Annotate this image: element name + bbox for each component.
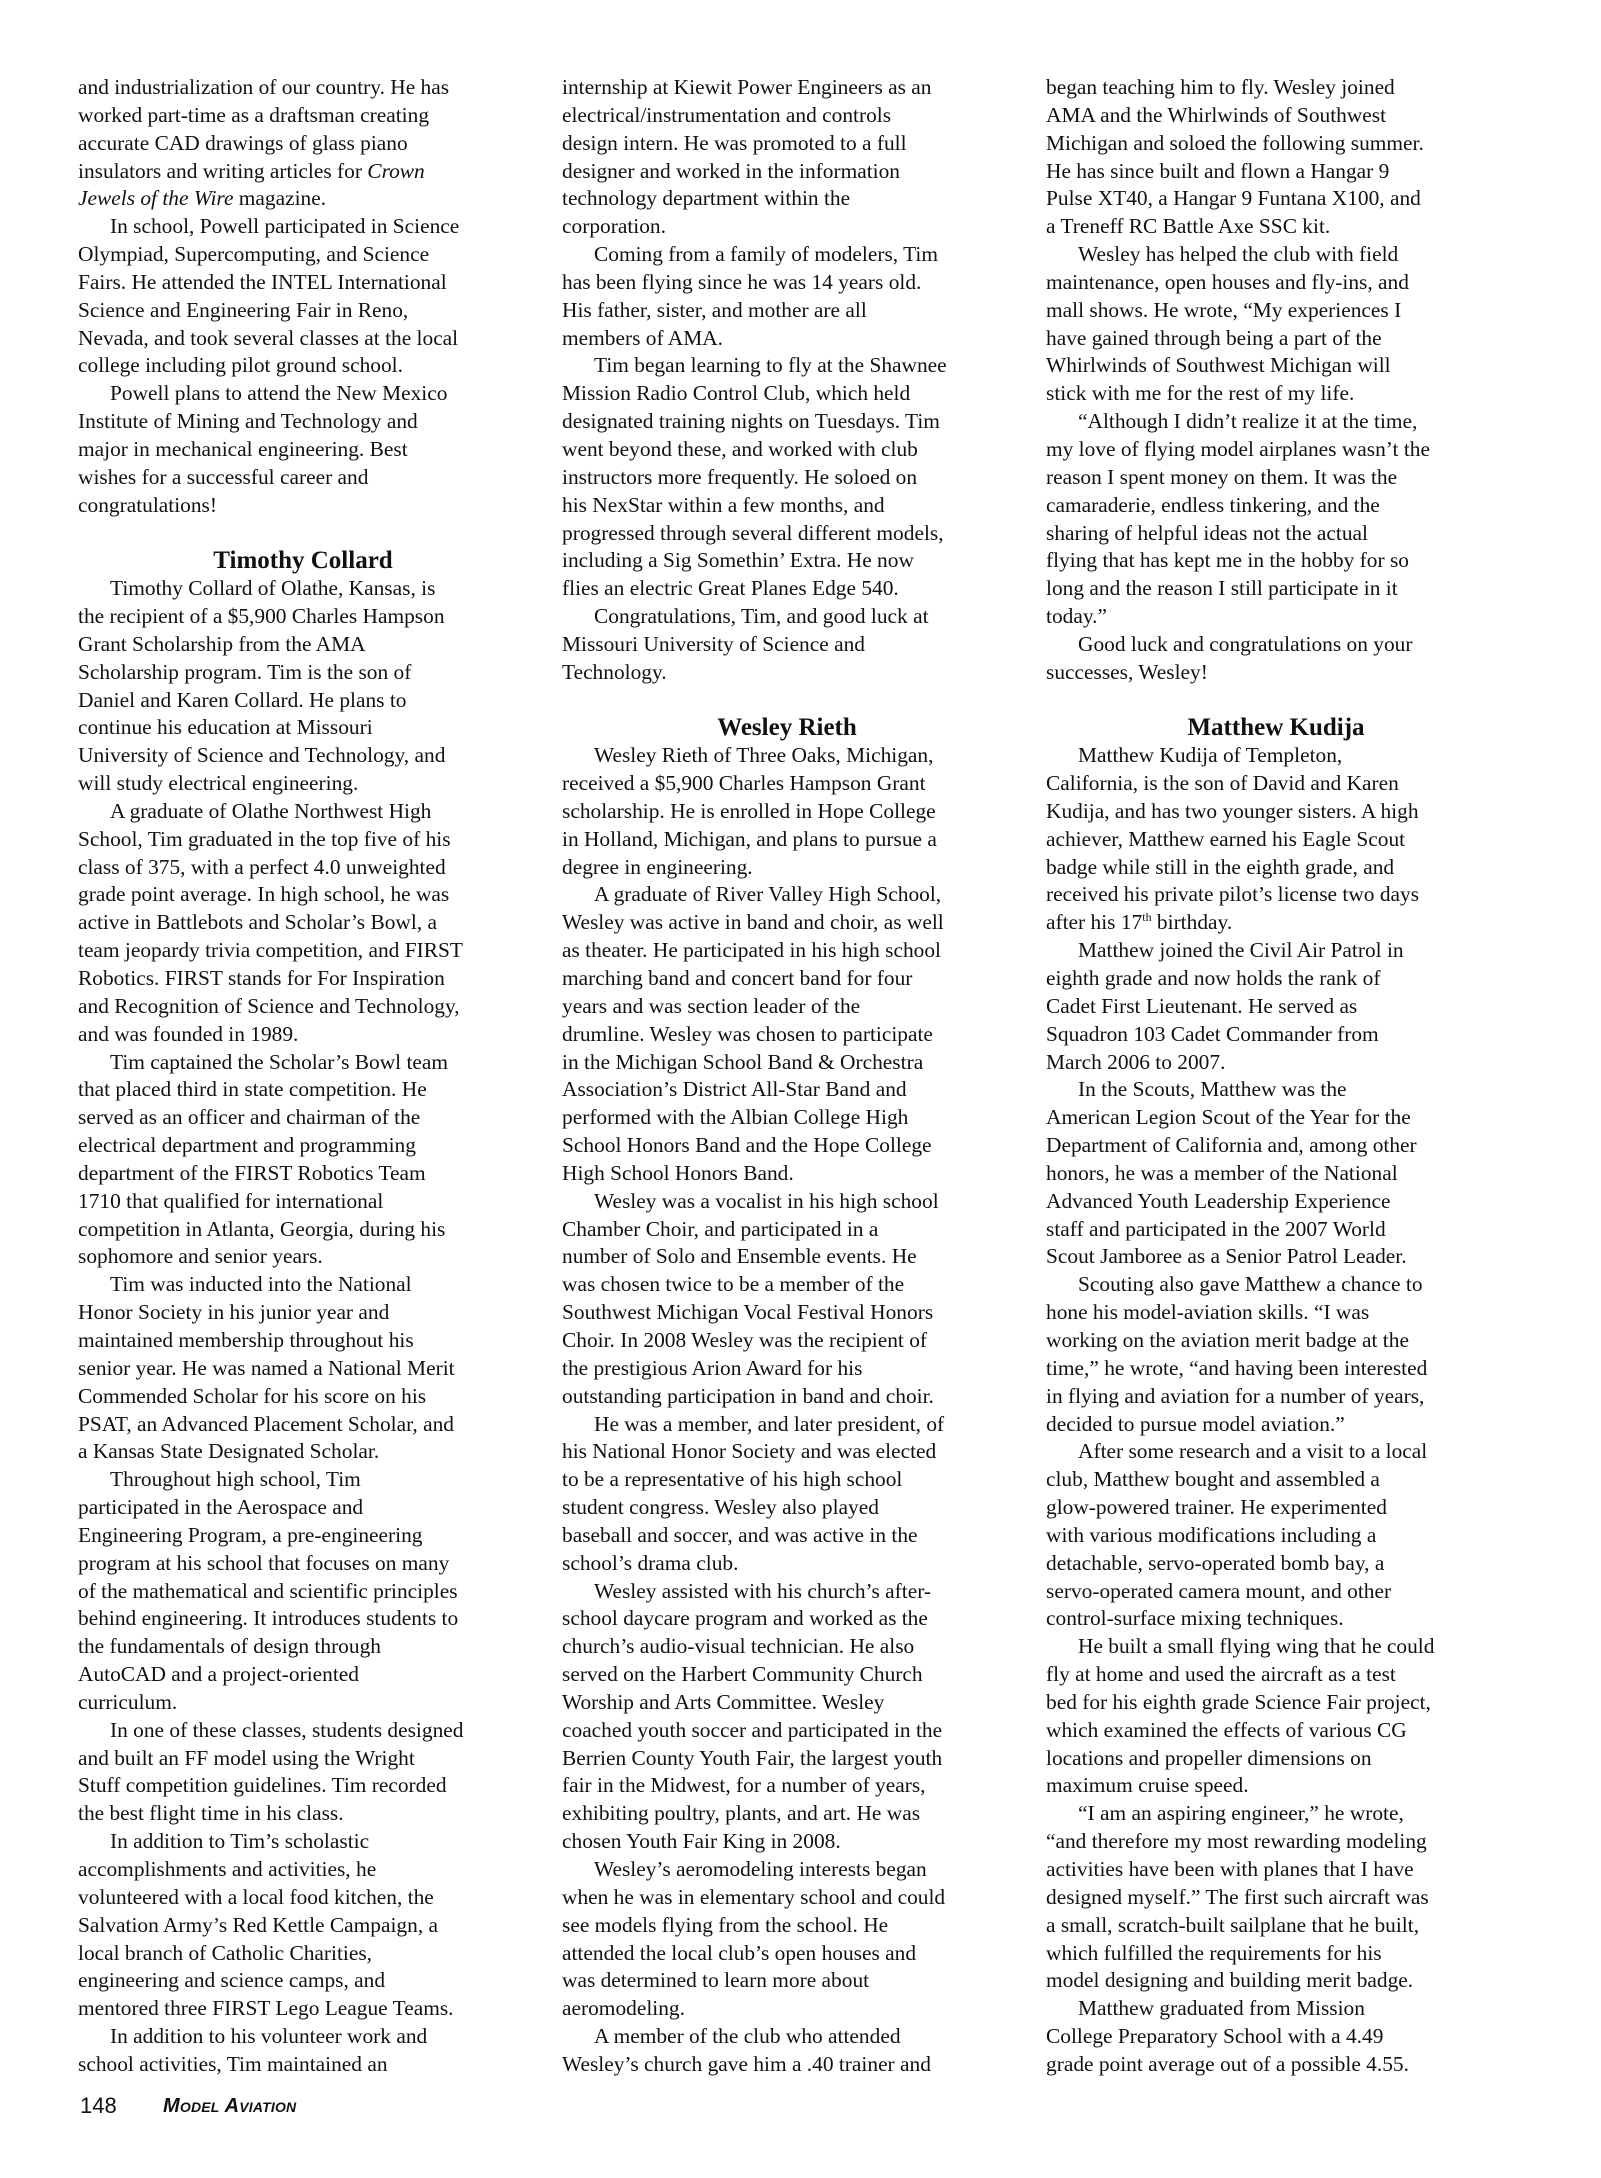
text-line: accomplishments and activities, he [78,1856,528,1884]
text-line: In one of these classes, students design… [78,1717,528,1745]
text-line: A graduate of River Valley High School, [562,881,1012,909]
line-text: design intern. He was promoted to a full [562,131,907,155]
line-text: eighth grade and now holds the rank of [1046,966,1380,990]
text-line: of the mathematical and scientific princ… [78,1578,528,1606]
line-text: “I am an aspiring engineer,” he wrote, [1078,1801,1404,1825]
text-line: club, Matthew bought and assembled a [1046,1466,1506,1494]
line-text: Wesley has helped the club with field [1078,242,1398,266]
text-line: active in Battlebots and Scholar’s Bowl,… [78,909,528,937]
line-text: magazine. [233,186,326,210]
line-text: major in mechanical engineering. Best [78,437,408,461]
line-text: “and therefore my most rewarding modelin… [1046,1829,1427,1853]
text-line: received his private pilot’s license two… [1046,881,1506,909]
text-line: grade point average. In high school, he … [78,881,528,909]
line-text: continue his education at Missouri [78,715,373,739]
line-text: Wesley Rieth [717,714,857,741]
text-line: successes, Wesley! [1046,659,1506,687]
line-text: behind engineering. It introduces studen… [78,1606,458,1630]
text-line: Congratulations, Tim, and good luck at [562,603,1012,631]
text-line: Advanced Youth Leadership Experience [1046,1188,1506,1216]
line-text: the prestigious Arion Award for his [562,1356,862,1380]
line-text: progressed through several different mod… [562,521,944,545]
spacer [562,687,1012,715]
text-line: designated training nights on Tuesdays. … [562,408,1012,436]
line-text: began teaching him to fly. Wesley joined [1046,75,1395,99]
text-line: glow-powered trainer. He experimented [1046,1494,1506,1522]
text-line: Science and Engineering Fair in Reno, [78,297,528,325]
text-line: college including pilot ground school. [78,352,528,380]
text-line: Tim was inducted into the National [78,1271,528,1299]
magazine-page: and industrialization of our country. He… [0,0,1601,2178]
line-text: AMA and the Whirlwinds of Southwest [1046,103,1386,127]
line-text: Timothy Collard [213,547,392,574]
line-text: today.” [1046,604,1107,628]
line-text: servo-operated camera mount, and other [1046,1579,1391,1603]
text-line: began teaching him to fly. Wesley joined [1046,74,1506,102]
line-text: control-surface mixing techniques. [1046,1606,1344,1630]
text-line: Wesley assisted with his church’s after- [562,1578,1012,1606]
text-line: Jewels of the Wire magazine. [78,185,528,213]
line-text: Chamber Choir, and participated in a [562,1217,878,1241]
line-text: see models flying from the school. He [562,1913,888,1937]
text-line: After some research and a visit to a loc… [1046,1438,1506,1466]
text-line: years and was section leader of the [562,993,1012,1021]
text-line: “and therefore my most rewarding modelin… [1046,1828,1506,1856]
text-line: sophomore and senior years. [78,1243,528,1271]
section-heading: Matthew Kudija [1046,714,1506,742]
line-text: the best flight time in his class. [78,1801,344,1825]
text-line: that placed third in state competition. … [78,1076,528,1104]
text-line: performed with the Albian College High [562,1104,1012,1132]
text-line: achiever, Matthew earned his Eagle Scout [1046,826,1506,854]
line-text: Engineering Program, a pre-engineering [78,1523,423,1547]
line-text: In addition to Tim’s scholastic [110,1829,369,1853]
line-text: He has since built and flown a Hangar 9 [1046,159,1389,183]
text-line: the recipient of a $5,900 Charles Hampso… [78,603,528,631]
line-text: and Recognition of Science and Technolog… [78,994,460,1018]
text-line: He has since built and flown a Hangar 9 [1046,158,1506,186]
text-line: AutoCAD and a project-oriented [78,1661,528,1689]
text-line: bed for his eighth grade Science Fair pr… [1046,1689,1506,1717]
line-text: “Although I didn’t realize it at the tim… [1078,409,1417,433]
line-text: and built an FF model using the Wright [78,1746,415,1770]
text-line: Engineering Program, a pre-engineering [78,1522,528,1550]
line-text: instructors more frequently. He soloed o… [562,465,917,489]
text-line: servo-operated camera mount, and other [1046,1578,1506,1606]
line-text: bed for his eighth grade Science Fair pr… [1046,1690,1431,1714]
text-line: March 2006 to 2007. [1046,1049,1506,1077]
spacer [1046,687,1506,715]
text-line: “I am an aspiring engineer,” he wrote, [1046,1800,1506,1828]
text-line: High School Honors Band. [562,1160,1012,1188]
text-line: insulators and writing articles for Crow… [78,158,528,186]
line-text: successes, Wesley! [1046,660,1208,684]
line-text: maximum cruise speed. [1046,1773,1249,1797]
line-text: PSAT, an Advanced Placement Scholar, and [78,1412,454,1436]
line-text: years and was section leader of the [562,994,860,1018]
line-text: the fundamentals of design through [78,1634,381,1658]
text-line: was determined to learn more about [562,1967,1012,1995]
article-column-3: began teaching him to fly. Wesley joined… [1046,74,1506,2079]
text-line: designer and worked in the information [562,158,1012,186]
line-text: model designing and building merit badge… [1046,1968,1413,1992]
line-text: Nevada, and took several classes at the … [78,326,458,350]
line-text: Scouting also gave Matthew a chance to [1078,1272,1423,1296]
article-column-1: and industrialization of our country. He… [78,74,528,2079]
line-text: corporation. [562,214,666,238]
text-line: Scholarship program. Tim is the son of [78,659,528,687]
line-text: exhibiting poultry, plants, and art. He … [562,1801,920,1825]
line-text: mall shows. He wrote, “My experiences I [1046,298,1401,322]
line-text: Robotics. FIRST stands for For Inspirati… [78,966,445,990]
text-line: fair in the Midwest, for a number of yea… [562,1772,1012,1800]
text-line: Fairs. He attended the INTEL Internation… [78,269,528,297]
line-text: AutoCAD and a project-oriented [78,1662,359,1686]
text-line: program at his school that focuses on ma… [78,1550,528,1578]
text-line: behind engineering. It introduces studen… [78,1605,528,1633]
line-text: In one of these classes, students design… [110,1718,463,1742]
text-line: went beyond these, and worked with club [562,436,1012,464]
text-line: school activities, Tim maintained an [78,2051,528,2079]
text-line: electrical/instrumentation and controls [562,102,1012,130]
ordinal-suffix: th [1142,910,1151,924]
line-text: my love of flying model airplanes wasn’t… [1046,437,1430,461]
line-text: reason I spent money on them. It was the [1046,465,1397,489]
italic-title: Jewels of the Wire [78,186,233,210]
line-text: Throughout high school, Tim [110,1467,361,1491]
text-line: team jeopardy trivia competition, and FI… [78,937,528,965]
text-line: Matthew joined the Civil Air Patrol in [1046,937,1506,965]
text-line: mentored three FIRST Lego League Teams. [78,1995,528,2023]
line-text: was chosen twice to be a member of the [562,1272,904,1296]
line-text: College Preparatory School with a 4.49 [1046,2024,1383,2048]
line-text: maintenance, open houses and fly-ins, an… [1046,270,1409,294]
line-text: Scholarship program. Tim is the son of [78,660,411,684]
line-text: engineering and science camps, and [78,1968,385,1992]
text-line: in flying and aviation for a number of y… [1046,1383,1506,1411]
line-text: volunteered with a local food kitchen, t… [78,1885,434,1909]
line-text: Michigan and soloed the following summer… [1046,131,1424,155]
text-line: and was founded in 1989. [78,1021,528,1049]
text-line: He built a small flying wing that he cou… [1046,1633,1506,1661]
line-text: received his private pilot’s license two… [1046,882,1419,906]
line-text: locations and propeller dimensions on [1046,1746,1372,1770]
text-line: eighth grade and now holds the rank of [1046,965,1506,993]
text-line: Wesley’s aeromodeling interests began [562,1856,1012,1884]
text-line: College Preparatory School with a 4.49 [1046,2023,1506,2051]
text-line: Matthew graduated from Mission [1046,1995,1506,2023]
line-text: decided to pursue model aviation.” [1046,1412,1345,1436]
text-line: have gained through being a part of the [1046,325,1506,353]
line-text: program at his school that focuses on ma… [78,1551,449,1575]
page-number: 148 [80,2093,117,2119]
text-line: PSAT, an Advanced Placement Scholar, and [78,1411,528,1439]
text-line: Timothy Collard of Olathe, Kansas, is [78,575,528,603]
line-text: In addition to his volunteer work and [110,2024,427,2048]
line-text: Wesley assisted with his church’s after- [594,1579,931,1603]
line-text: team jeopardy trivia competition, and FI… [78,938,463,962]
line-text: California, is the son of David and Kare… [1046,771,1399,795]
text-line: worked part-time as a draftsman creating [78,102,528,130]
text-line: Commended Scholar for his score on his [78,1383,528,1411]
line-text: Southwest Michigan Vocal Festival Honors [562,1300,933,1324]
line-text: Wesley Rieth of Three Oaks, Michigan, [594,743,933,767]
text-line: baseball and soccer, and was active in t… [562,1522,1012,1550]
text-line: honors, he was a member of the National [1046,1160,1506,1188]
text-line: flies an electric Great Planes Edge 540. [562,575,1012,603]
line-text: He was a member, and later president, of [594,1412,944,1436]
article-column-2: internship at Kiewit Power Engineers as … [562,74,1012,2079]
text-line: Nevada, and took several classes at the … [78,325,528,353]
text-line: California, is the son of David and Kare… [1046,770,1506,798]
text-line: my love of flying model airplanes wasn’t… [1046,436,1506,464]
line-text: Choir. In 2008 Wesley was the recipient … [562,1328,927,1352]
line-text: Stuff competition guidelines. Tim record… [78,1773,447,1797]
text-line: when he was in elementary school and cou… [562,1884,1012,1912]
line-text: Matthew graduated from Mission [1078,1996,1365,2020]
text-line: School, Tim graduated in the top five of… [78,826,528,854]
text-line: technology department within the [562,185,1012,213]
text-line: AMA and the Whirlwinds of Southwest [1046,102,1506,130]
line-text: High School Honors Band. [562,1161,794,1185]
text-line: served as an officer and chairman of the [78,1104,528,1132]
text-line: after his 17th birthday. [1046,909,1506,937]
line-text: school daycare program and worked as the [562,1606,928,1630]
text-line: Daniel and Karen Collard. He plans to [78,687,528,715]
spacer [78,520,528,548]
line-text: glow-powered trainer. He experimented [1046,1495,1387,1519]
line-text: honors, he was a member of the National [1046,1161,1398,1185]
line-text: In school, Powell participated in Scienc… [110,214,459,238]
line-text: Kudija, and has two younger sisters. A h… [1046,799,1419,823]
text-line: stick with me for the rest of my life. [1046,380,1506,408]
text-line: A graduate of Olathe Northwest High [78,798,528,826]
text-line: Mission Radio Control Club, which held [562,380,1012,408]
line-text: School, Tim graduated in the top five of… [78,827,451,851]
text-line: instructors more frequently. He soloed o… [562,464,1012,492]
line-text: was determined to learn more about [562,1968,869,1992]
line-text: department of the FIRST Robotics Team [78,1161,426,1185]
line-text: Tim captained the Scholar’s Bowl team [110,1050,448,1074]
line-text: detachable, servo-operated bomb bay, a [1046,1551,1384,1575]
text-line: Association’s District All-Star Band and [562,1076,1012,1104]
text-line: In addition to his volunteer work and [78,2023,528,2051]
line-text: and was founded in 1989. [78,1022,298,1046]
text-line: the best flight time in his class. [78,1800,528,1828]
text-line: control-surface mixing techniques. [1046,1605,1506,1633]
line-text: Berrien County Youth Fair, the largest y… [562,1746,942,1770]
text-line: Berrien County Youth Fair, the largest y… [562,1745,1012,1773]
line-text: Institute of Mining and Technology and [78,409,418,433]
line-text: in flying and aviation for a number of y… [1046,1384,1424,1408]
line-text: His father, sister, and mother are all [562,298,867,322]
text-line: maintained membership throughout his [78,1327,528,1355]
line-text: served as an officer and chairman of the [78,1105,420,1129]
text-line: Whirlwinds of Southwest Michigan will [1046,352,1506,380]
line-text: electrical department and programming [78,1133,416,1157]
line-text: stick with me for the rest of my life. [1046,381,1354,405]
line-text: club, Matthew bought and assembled a [1046,1467,1380,1491]
text-line: local branch of Catholic Charities, [78,1940,528,1968]
line-text: birthday. [1152,910,1233,934]
line-text: served on the Harbert Community Church [562,1662,923,1686]
line-text: Matthew joined the Civil Air Patrol in [1078,938,1404,962]
line-text: in the Michigan School Band & Orchestra [562,1050,923,1074]
line-text: class of 375, with a perfect 4.0 unweigh… [78,855,446,879]
text-line: Kudija, and has two younger sisters. A h… [1046,798,1506,826]
text-line: the prestigious Arion Award for his [562,1355,1012,1383]
line-text: Good luck and congratulations on your [1078,632,1412,656]
text-line: Pulse XT40, a Hangar 9 Funtana X100, and [1046,185,1506,213]
text-line: grade point average out of a possible 4.… [1046,2051,1506,2079]
text-line: Honor Society in his junior year and [78,1299,528,1327]
line-text: American Legion Scout of the Year for th… [1046,1105,1411,1129]
line-text: members of AMA. [562,326,723,350]
line-text: that placed third in state competition. … [78,1077,427,1101]
line-text: will study electrical engineering. [78,771,358,795]
line-text: which examined the effects of various CG [1046,1718,1407,1742]
text-line: as theater. He participated in his high … [562,937,1012,965]
text-line: long and the reason I still participate … [1046,575,1506,603]
text-line: maximum cruise speed. [1046,1772,1506,1800]
line-text: has been flying since he was 14 years ol… [562,270,921,294]
text-line: decided to pursue model aviation.” [1046,1411,1506,1439]
text-line: Worship and Arts Committee. Wesley [562,1689,1012,1717]
text-line: electrical department and programming [78,1132,528,1160]
line-text: Worship and Arts Committee. Wesley [562,1690,884,1714]
text-line: School Honors Band and the Hope College [562,1132,1012,1160]
text-line: class of 375, with a perfect 4.0 unweigh… [78,854,528,882]
text-line: Southwest Michigan Vocal Festival Honors [562,1299,1012,1327]
text-line: maintenance, open houses and fly-ins, an… [1046,269,1506,297]
line-text: Association’s District All-Star Band and [562,1077,907,1101]
text-line: Scout Jamboree as a Senior Patrol Leader… [1046,1243,1506,1271]
text-line: engineering and science camps, and [78,1967,528,1995]
text-line: sharing of helpful ideas not the actual [1046,520,1506,548]
line-text: sophomore and senior years. [78,1244,323,1268]
line-text: Mission Radio Control Club, which held [562,381,910,405]
text-line: Throughout high school, Tim [78,1466,528,1494]
text-line: Cadet First Lieutenant. He served as [1046,993,1506,1021]
line-text: including a Sig Somethin’ Extra. He now [562,548,914,572]
line-text: Matthew Kudija [1187,714,1364,741]
text-line: the fundamentals of design through [78,1633,528,1661]
line-text: grade point average. In high school, he … [78,882,449,906]
text-line: served on the Harbert Community Church [562,1661,1012,1689]
text-line: Olympiad, Supercomputing, and Science [78,241,528,269]
line-text: competition in Atlanta, Georgia, during … [78,1217,445,1241]
line-text: in Holland, Michigan, and plans to pursu… [562,827,937,851]
text-line: congratulations! [78,492,528,520]
line-text: college including pilot ground school. [78,353,403,377]
text-line: Robotics. FIRST stands for For Inspirati… [78,965,528,993]
line-text: activities have been with planes that I … [1046,1857,1414,1881]
text-line: with various modifications including a [1046,1522,1506,1550]
text-line: corporation. [562,213,1012,241]
text-line: Missouri University of Science and [562,631,1012,659]
line-text: went beyond these, and worked with club [562,437,918,461]
line-text: Olympiad, Supercomputing, and Science [78,242,429,266]
line-text: grade point average out of a possible 4.… [1046,2052,1409,2076]
line-text: Fairs. He attended the INTEL Internation… [78,270,447,294]
line-text: degree in engineering. [562,855,753,879]
line-text: Cadet First Lieutenant. He served as [1046,994,1357,1018]
line-text: local branch of Catholic Charities, [78,1941,372,1965]
line-text: with various modifications including a [1046,1523,1376,1547]
text-line: to be a representative of his high schoo… [562,1466,1012,1494]
line-text: staff and participated in the 2007 World [1046,1217,1386,1241]
text-line: school’s drama club. [562,1550,1012,1578]
line-text: maintained membership throughout his [78,1328,414,1352]
line-text: wishes for a successful career and [78,465,368,489]
line-text: accomplishments and activities, he [78,1857,376,1881]
line-text: Commended Scholar for his score on his [78,1384,426,1408]
text-line: marching band and concert band for four [562,965,1012,993]
text-line: In school, Powell participated in Scienc… [78,213,528,241]
text-line: a Kansas State Designated Scholar. [78,1438,528,1466]
text-line: Squadron 103 Cadet Commander from [1046,1021,1506,1049]
text-line: Department of California and, among othe… [1046,1132,1506,1160]
line-text: have gained through being a part of the [1046,326,1382,350]
line-text: which fulfilled the requirements for his [1046,1941,1382,1965]
text-line: participated in the Aerospace and [78,1494,528,1522]
text-line: progressed through several different mod… [562,520,1012,548]
line-text: of the mathematical and scientific princ… [78,1579,458,1603]
text-line: Salvation Army’s Red Kettle Campaign, a [78,1912,528,1940]
line-text: Wesley was a vocalist in his high school [594,1189,939,1213]
text-line: accurate CAD drawings of glass piano [78,130,528,158]
text-line: coached youth soccer and participated in… [562,1717,1012,1745]
text-line: which fulfilled the requirements for his [1046,1940,1506,1968]
line-text: participated in the Aerospace and [78,1495,363,1519]
text-line: A member of the club who attended [562,2023,1012,2051]
text-line: student congress. Wesley also played [562,1494,1012,1522]
line-text: Whirlwinds of Southwest Michigan will [1046,353,1391,377]
text-line: aeromodeling. [562,1995,1012,2023]
text-line: Scouting also gave Matthew a chance to [1046,1271,1506,1299]
text-line: Tim captained the Scholar’s Bowl team [78,1049,528,1077]
text-line: outstanding participation in band and ch… [562,1383,1012,1411]
line-text: a Treneff RC Battle Axe SSC kit. [1046,214,1330,238]
text-line: locations and propeller dimensions on [1046,1745,1506,1773]
line-text: electrical/instrumentation and controls [562,103,891,127]
line-text: performed with the Albian College High [562,1105,908,1129]
line-text: aeromodeling. [562,1996,685,2020]
line-text: long and the reason I still participate … [1046,576,1398,600]
text-line: see models flying from the school. He [562,1912,1012,1940]
line-text: his National Honor Society and was elect… [562,1439,936,1463]
text-line: “Although I didn’t realize it at the tim… [1046,408,1506,436]
text-line: hone his model-aviation skills. “I was [1046,1299,1506,1327]
text-line: scholarship. He is enrolled in Hope Coll… [562,798,1012,826]
text-line: Tim began learning to fly at the Shawnee [562,352,1012,380]
line-text: Department of California and, among othe… [1046,1133,1417,1157]
text-line: Michigan and soloed the following summer… [1046,130,1506,158]
line-text: senior year. He was named a National Mer… [78,1356,455,1380]
line-text: Daniel and Karen Collard. He plans to [78,688,406,712]
text-line: Wesley was active in band and choir, as … [562,909,1012,937]
line-text: attended the local club’s open houses an… [562,1941,916,1965]
text-line: badge while still in the eighth grade, a… [1046,854,1506,882]
line-text: outstanding participation in band and ch… [562,1384,934,1408]
line-text: A member of the club who attended [594,2024,901,2048]
text-line: Matthew Kudija of Templeton, [1046,742,1506,770]
line-text: scholarship. He is enrolled in Hope Coll… [562,799,936,823]
line-text: fair in the Midwest, for a number of yea… [562,1773,926,1797]
line-text: He built a small flying wing that he cou… [1078,1634,1434,1658]
text-line: including a Sig Somethin’ Extra. He now [562,547,1012,575]
text-line: Wesley has helped the club with field [1046,241,1506,269]
